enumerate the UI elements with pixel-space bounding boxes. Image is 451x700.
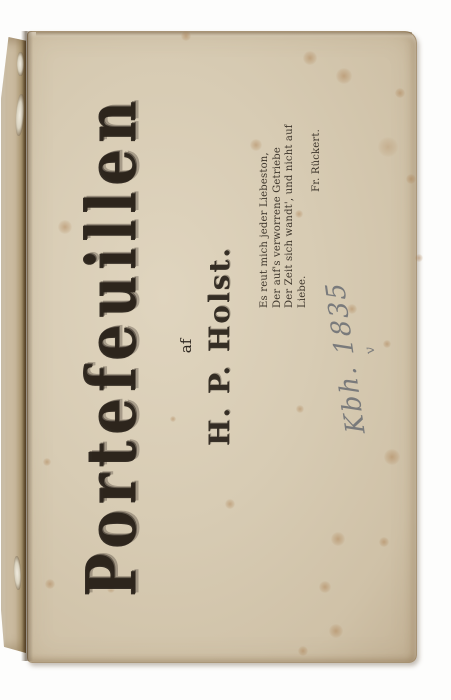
epigraph-line: Der auf's verworrene Getriebe	[272, 103, 285, 308]
book-photo: Portefeuillen af H. P. Holst. Es reut mi…	[0, 0, 451, 700]
spine-gutter-shadow	[21, 31, 33, 661]
byline: af	[177, 32, 195, 660]
handwritten-checkmark: v	[362, 345, 378, 356]
author-name: H. P. Holst.	[203, 32, 236, 660]
epigraph: Es reut mich jeder Liebeston, Der auf's …	[259, 103, 324, 308]
foxing-spot	[415, 254, 423, 262]
title-page-content: Portefeuillen af H. P. Holst. Es reut mi…	[27, 32, 415, 660]
book-title: Portefeuillen	[77, 32, 145, 660]
handwritten-date: Kbh. 1835	[320, 281, 372, 434]
epigraph-attribution: Fr. Rückert.	[311, 103, 324, 308]
epigraph-line: Es reut mich jeder Liebeston,	[259, 103, 272, 308]
epigraph-line: Der Zeit sich wandt', und nicht auf Lieb…	[284, 103, 309, 308]
